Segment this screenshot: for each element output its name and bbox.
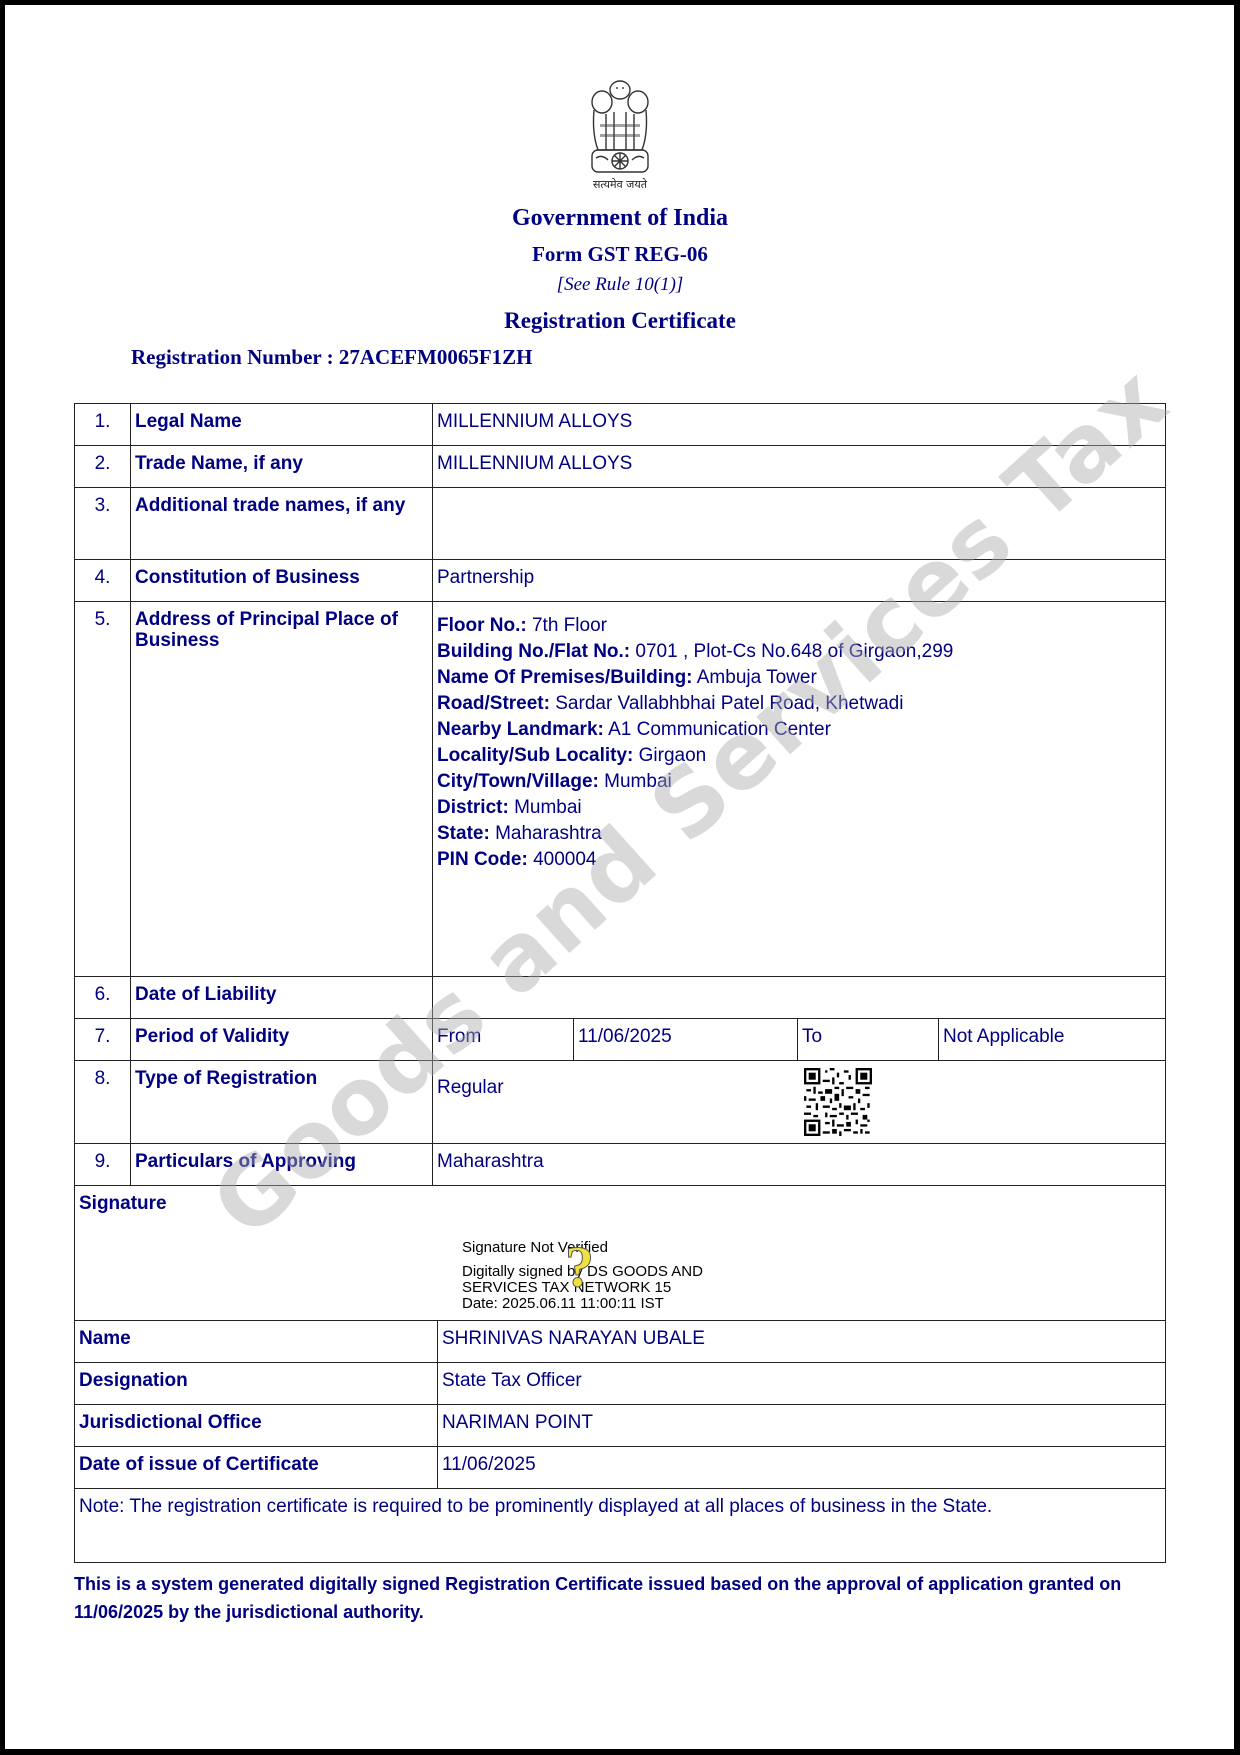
national-emblem-icon — [580, 74, 660, 194]
constitution-value: Partnership — [433, 560, 1166, 602]
row-label: Address of Principal Place of Business — [131, 602, 433, 977]
address-road: Road/Street: Sardar Vallabhbhai Patel Ro… — [437, 691, 1161, 717]
signature-row: Signature Signature Not Verified Digital… — [75, 1186, 1166, 1321]
question-mark-icon: ? — [565, 1238, 594, 1296]
table-row: 6. Date of Liability — [75, 977, 1166, 1019]
row-number: 4. — [75, 560, 131, 602]
row-number: 5. — [75, 602, 131, 977]
jurisdictional-office-value: NARIMAN POINT — [438, 1405, 1166, 1447]
officer-name-label: Name — [75, 1321, 438, 1363]
validity-to-label: To — [798, 1019, 939, 1061]
address-building: Building No./Flat No.: 0701 , Plot-Cs No… — [437, 639, 1161, 665]
validity-from-value: 11/06/2025 — [574, 1019, 798, 1061]
legal-name-value: MILLENNIUM ALLOYS — [433, 404, 1166, 446]
form-heading: Form GST REG-06 — [0, 242, 1240, 267]
row-number: 9. — [75, 1144, 131, 1186]
table-row: Name SHRINIVAS NARAYAN UBALE — [75, 1321, 1166, 1363]
certificate-title: Registration Certificate — [0, 308, 1240, 334]
designation-value: State Tax Officer — [438, 1363, 1166, 1405]
designation-label: Designation — [75, 1363, 438, 1405]
registration-number-label: Registration Number : — [131, 345, 334, 369]
table-row: 1. Legal Name MILLENNIUM ALLOYS — [75, 404, 1166, 446]
date-of-issue-value: 11/06/2025 — [438, 1447, 1166, 1489]
row-number: 7. — [75, 1019, 131, 1061]
signature-cell: Signature Signature Not Verified Digital… — [75, 1186, 1166, 1321]
address-locality: Locality/Sub Locality: Girgaon — [437, 743, 1161, 769]
officer-details-table: Name SHRINIVAS NARAYAN UBALE Designation… — [74, 1320, 1166, 1563]
additional-trade-names-value — [433, 488, 1166, 560]
validity-from-label: From — [433, 1019, 574, 1061]
registration-number-value: 27ACEFM0065F1ZH — [339, 345, 533, 369]
date-of-liability-value — [433, 977, 1166, 1019]
row-label: Legal Name — [131, 404, 433, 446]
row-label: Trade Name, if any — [131, 446, 433, 488]
registration-type-value: Regular — [433, 1061, 1166, 1144]
table-row: Note: The registration certificate is re… — [75, 1489, 1166, 1563]
approving-authority-value: Maharashtra — [433, 1144, 1166, 1186]
table-row: Jurisdictional Office NARIMAN POINT — [75, 1405, 1166, 1447]
officer-name-value: SHRINIVAS NARAYAN UBALE — [438, 1321, 1166, 1363]
table-row: Date of issue of Certificate 11/06/2025 — [75, 1447, 1166, 1489]
table-row: 5. Address of Principal Place of Busines… — [75, 602, 1166, 977]
row-number: 1. — [75, 404, 131, 446]
jurisdictional-office-label: Jurisdictional Office — [75, 1405, 438, 1447]
system-generated-note: This is a system generated digitally sig… — [74, 1570, 1164, 1626]
rule-reference: [See Rule 10(1)] — [0, 274, 1240, 296]
table-row: 3. Additional trade names, if any — [75, 488, 1166, 560]
display-note: Note: The registration certificate is re… — [75, 1489, 1166, 1563]
registration-details-table: 1. Legal Name MILLENNIUM ALLOYS 2. Trade… — [74, 403, 1166, 1321]
row-label: Type of Registration — [131, 1061, 433, 1144]
qr-code-icon — [804, 1068, 872, 1136]
row-label: Date of Liability — [131, 977, 433, 1019]
table-row: 4. Constitution of Business Partnership — [75, 560, 1166, 602]
row-label: Particulars of Approving — [131, 1144, 433, 1186]
row-number: 8. — [75, 1061, 131, 1144]
row-label: Period of Validity — [131, 1019, 433, 1061]
government-heading: Government of India — [0, 205, 1240, 232]
row-number: 6. — [75, 977, 131, 1019]
row-label: Constitution of Business — [131, 560, 433, 602]
registration-type-text: Regular — [437, 1077, 504, 1098]
address-state: State: Maharashtra — [437, 821, 1161, 847]
address-district: District: Mumbai — [437, 795, 1161, 821]
trade-name-value: MILLENNIUM ALLOYS — [433, 446, 1166, 488]
address-city: City/Town/Village: Mumbai — [437, 769, 1161, 795]
address-pin: PIN Code: 400004 — [437, 847, 1161, 873]
row-number: 3. — [75, 488, 131, 560]
table-row: 7. Period of Validity From 11/06/2025 To… — [75, 1019, 1166, 1061]
table-row: 2. Trade Name, if any MILLENNIUM ALLOYS — [75, 446, 1166, 488]
address-floor: Floor No.: 7th Floor — [437, 613, 1161, 639]
table-row: 9. Particulars of Approving Maharashtra — [75, 1144, 1166, 1186]
date-of-issue-label: Date of issue of Certificate — [75, 1447, 438, 1489]
signature-title: Signature — [79, 1193, 1161, 1215]
row-label: Additional trade names, if any — [131, 488, 433, 560]
registration-number: Registration Number : 27ACEFM0065F1ZH — [131, 345, 533, 370]
table-row: 8. Type of Registration Regular — [75, 1061, 1166, 1144]
national-motto: सत्यमेव जयते — [560, 177, 680, 192]
address-value: Floor No.: 7th Floor Building No./Flat N… — [433, 602, 1166, 977]
address-premises: Name Of Premises/Building: Ambuja Tower — [437, 665, 1161, 691]
address-landmark: Nearby Landmark: A1 Communication Center — [437, 717, 1161, 743]
row-number: 2. — [75, 446, 131, 488]
table-row: Designation State Tax Officer — [75, 1363, 1166, 1405]
validity-to-value: Not Applicable — [939, 1019, 1166, 1061]
